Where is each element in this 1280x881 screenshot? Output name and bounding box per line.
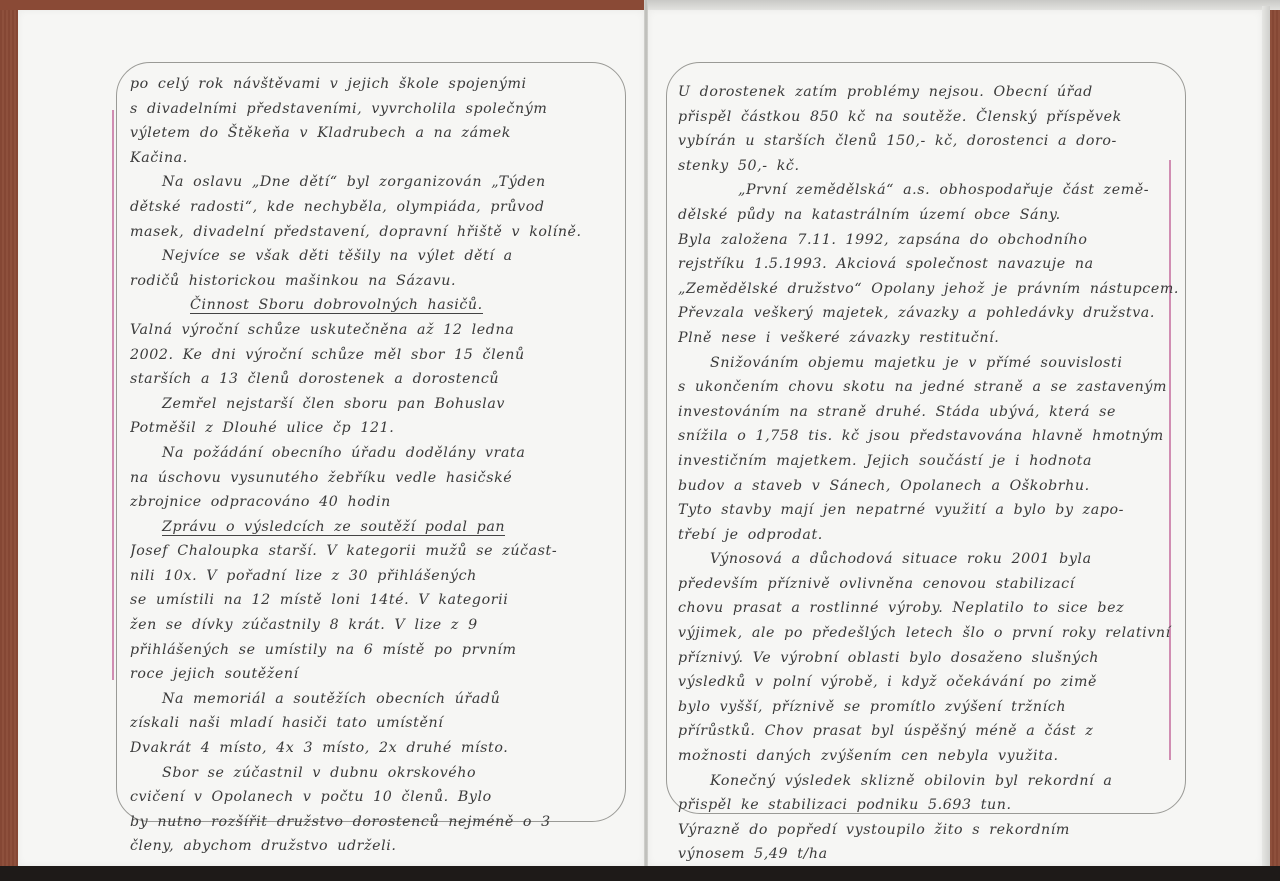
text-line: by nutno rozšířit družstvo dorostenců ne… — [130, 810, 626, 835]
left-page-text: po celý rok návštěvami v jejich škole sp… — [130, 72, 626, 859]
page-stack-top — [648, 0, 1280, 10]
text-line: bylo vyšší, příznivě se promítlo zvýšení… — [678, 695, 1178, 720]
text-line: rejstříku 1.5.1993. Akciová společnost n… — [678, 252, 1178, 277]
text-line-underlined: Zprávu o výsledcích ze soutěží podal pan — [130, 515, 626, 540]
text-line: chovu prasat a rostlinné výroby. Neplati… — [678, 596, 1178, 621]
text-line: Na memoriál a soutěžích obecních úřadů — [130, 687, 626, 712]
text-line: vybírán u starších členů 150,- kč, doros… — [678, 129, 1178, 154]
text-line: přihlášených se umístily na 6 místě po p… — [130, 638, 626, 663]
section-heading: Činnost Sboru dobrovolných hasičů. — [130, 293, 626, 318]
text-line: Snižováním objemu majetku je v přímé sou… — [678, 351, 1178, 376]
section-heading: „První zemědělská“ a.s. obhospodařuje čá… — [678, 178, 1178, 203]
text-line: 2002. Ke dni výroční schůze měl sbor 15 … — [130, 343, 626, 368]
text-line: stenky 50,- kč. — [678, 154, 1178, 179]
text-line: U dorostenek zatím problémy nejsou. Obec… — [678, 80, 1178, 105]
text-line: Převzala veškerý majetek, závazky a pohl… — [678, 301, 1178, 326]
page-stack-right — [1262, 6, 1270, 866]
text-line: dětské radosti“, kde nechyběla, olympiád… — [130, 195, 626, 220]
text-line: Na oslavu „Dne dětí“ byl zorganizován „T… — [130, 170, 626, 195]
text-line: rodičů historickou mašinkou na Sázavu. — [130, 269, 626, 294]
text-line: s divadelními představeními, vyvrcholila… — [130, 97, 626, 122]
text-line: výnosem 5,49 t/ha — [678, 842, 1178, 867]
margin-line — [112, 110, 114, 680]
right-page-text: U dorostenek zatím problémy nejsou. Obec… — [678, 80, 1178, 867]
text-line: roce jejich soutěžení — [130, 662, 626, 687]
text-line: příznivý. Ve výrobní oblasti bylo dosaže… — [678, 646, 1178, 671]
text-line: Dvakrát 4 místo, 4x 3 místo, 2x druhé mí… — [130, 736, 626, 761]
right-page: U dorostenek zatím problémy nejsou. Obec… — [648, 10, 1262, 866]
scan-background — [0, 866, 1280, 881]
text-line: Zemřel nejstarší člen sboru pan Bohuslav — [130, 392, 626, 417]
text-line: žen se dívky zúčastnily 8 krát. V lize z… — [130, 613, 626, 638]
text-line: třebí je odprodat. — [678, 523, 1178, 548]
text-line: Nejvíce se však děti těšily na výlet dět… — [130, 244, 626, 269]
text-line: budov a staveb v Sánech, Opolanech a Ošk… — [678, 474, 1178, 499]
text-line: Byla založena 7.11. 1992, zapsána do obc… — [678, 228, 1178, 253]
text-line: Josef Chaloupka starší. V kategorii mužů… — [130, 539, 626, 564]
text-line: výsledků v polní výrobě, i když očekáván… — [678, 670, 1178, 695]
text-line: přírůstků. Chov prasat byl úspěšný méně … — [678, 719, 1178, 744]
text-line: přispěl ke stabilizaci podniku 5.693 tun… — [678, 793, 1178, 818]
section-heading-text: Činnost Sboru dobrovolných hasičů. — [190, 297, 483, 314]
text-line: členy, abychom družstvo udrželi. — [130, 834, 626, 859]
text-line: Výnosová a důchodová situace roku 2001 b… — [678, 547, 1178, 572]
text-line: Plně nese i veškeré závazky restituční. — [678, 326, 1178, 351]
text-line: na úschovu vysunutého žebříku vedle hasi… — [130, 466, 626, 491]
text-line: Potměšil z Dlouhé ulice čp 121. — [130, 416, 626, 441]
text-line: Valná výroční schůze uskutečněna až 12 l… — [130, 318, 626, 343]
text-line: Konečný výsledek sklizně obilovin byl re… — [678, 769, 1178, 794]
text-line: s ukončením chovu skotu na jedné straně … — [678, 375, 1178, 400]
text-line: se umístili na 12 místě loni 14té. V kat… — [130, 588, 626, 613]
text-line: po celý rok návštěvami v jejich škole sp… — [130, 72, 626, 97]
left-page: po celý rok návštěvami v jejich škole sp… — [18, 10, 644, 866]
text-line: cvičení v Opolanech v počtu 10 členů. By… — [130, 785, 626, 810]
text-line: získali naši mladí hasiči tato umístění — [130, 711, 626, 736]
text-line: Na požádání obecního úřadu dodělány vrat… — [130, 441, 626, 466]
text-line: Sbor se zúčastnil v dubnu okrskového — [130, 761, 626, 786]
text-line: Výrazně do popředí vystoupilo žito s rek… — [678, 818, 1178, 843]
text-line: výjimek, ale po předešlých letech šlo o … — [678, 621, 1178, 646]
underlined-phrase: Zprávu o výsledcích ze soutěží podal pan — [162, 519, 505, 536]
text-line: investováním na straně druhé. Stáda ubýv… — [678, 400, 1178, 425]
text-line: možnosti daných zvýšením cen nebyla využ… — [678, 744, 1178, 769]
cover-top-left — [0, 0, 648, 10]
text-line: masek, divadelní představení, dopravní h… — [130, 220, 626, 245]
text-line: výletem do Štěkeňa v Kladrubech a na zám… — [130, 121, 626, 146]
text-line: starších a 13 členů dorostenek a doroste… — [130, 367, 626, 392]
text-line: zbrojnice odpracováno 40 hodin — [130, 490, 626, 515]
text-line: dělské půdy na katastrálním území obce S… — [678, 203, 1178, 228]
text-line: „Zemědělské družstvo“ Opolany jehož je p… — [678, 277, 1178, 302]
text-line: nili 10x. V pořadní lize z 30 přihlášený… — [130, 564, 626, 589]
text-line: Tyto stavby mají jen nepatrné využití a … — [678, 498, 1178, 523]
section-heading-text: „První zemědělská“ a.s. obhospodařuje čá… — [738, 182, 1149, 198]
text-line: především příznivě ovlivněna cenovou sta… — [678, 572, 1178, 597]
text-line: přispěl částkou 850 kč na soutěže. Člens… — [678, 105, 1178, 130]
text-line: investičním majetkem. Jejich součástí je… — [678, 449, 1178, 474]
text-line: Kačina. — [130, 146, 626, 171]
text-line: snížila o 1,758 tis. kč jsou představová… — [678, 424, 1178, 449]
